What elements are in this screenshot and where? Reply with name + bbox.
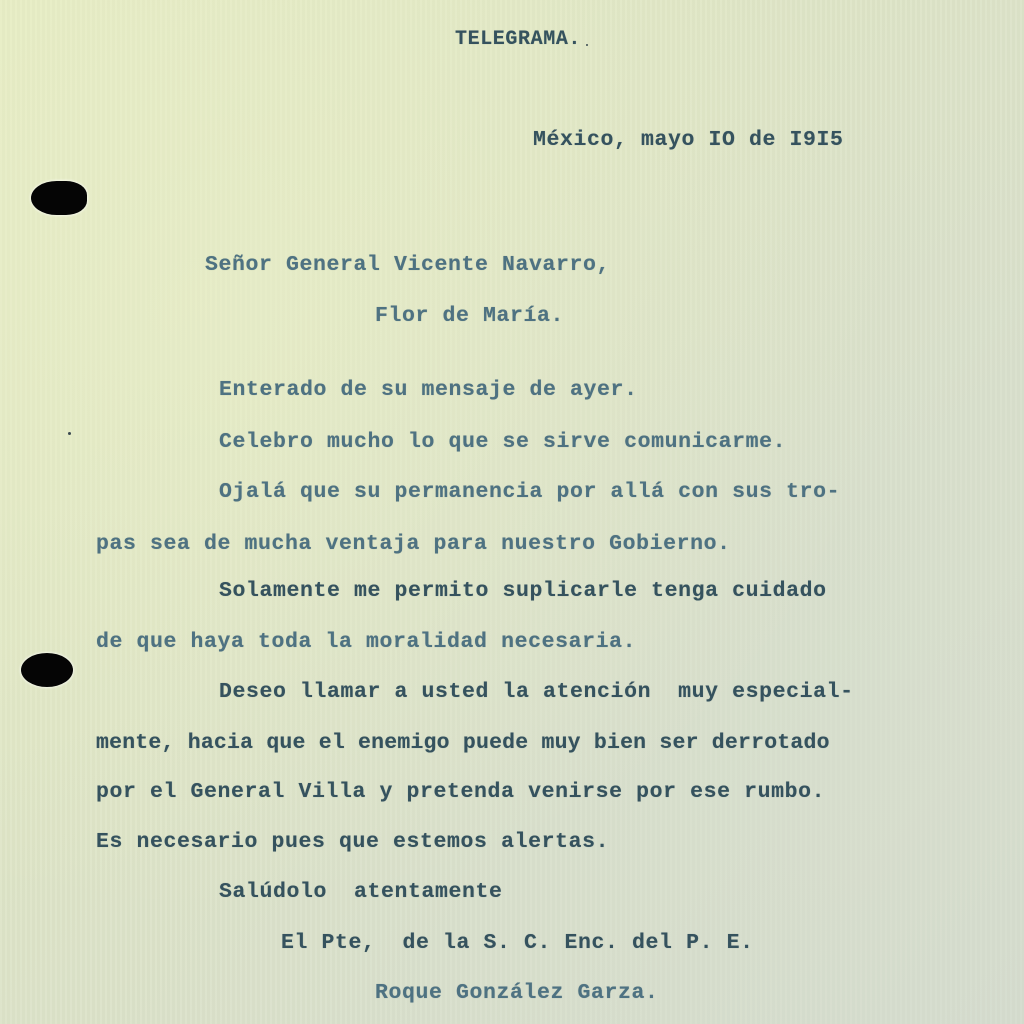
signature-name: Roque González Garza.: [375, 983, 659, 1005]
paper-fleck: [68, 432, 71, 435]
date-line: México, mayo IO de I9I5: [533, 130, 844, 152]
body-line-1: Enterado de su mensaje de ayer.: [219, 380, 638, 402]
addressee-place: Flor de María.: [375, 306, 564, 328]
body-line-6: de que haya toda la moralidad necesaria.: [96, 632, 636, 654]
body-line-10: Es necesario pues que estemos alertas.: [96, 832, 609, 854]
addressee-name: Señor General Vicente Navarro,: [205, 255, 610, 277]
body-line-7: Deseo llamar a usted la atención muy esp…: [219, 682, 854, 704]
signature-title: El Pte, de la S. C. Enc. del P. E.: [281, 933, 754, 955]
telegram-document: TELEGRAMA. México, mayo IO de I9I5 Señor…: [0, 0, 1024, 1024]
paper-fleck: [586, 44, 588, 46]
body-line-9: por el General Villa y pretenda venirse …: [96, 782, 825, 804]
body-line-5: Solamente me permito suplicarle tenga cu…: [219, 581, 827, 603]
heading: TELEGRAMA.: [455, 30, 581, 50]
body-line-2: Celebro mucho lo que se sirve comunicarm…: [219, 432, 786, 454]
body-line-3: Ojalá que su permanencia por allá con su…: [219, 482, 840, 504]
body-line-8: mente, hacia que el enemigo puede muy bi…: [96, 733, 830, 755]
closing: Salúdolo atentamente: [219, 882, 503, 904]
punch-hole-top: [31, 181, 87, 215]
body-line-4: pas sea de mucha ventaja para nuestro Go…: [96, 534, 731, 556]
punch-hole-bottom: [21, 653, 73, 687]
